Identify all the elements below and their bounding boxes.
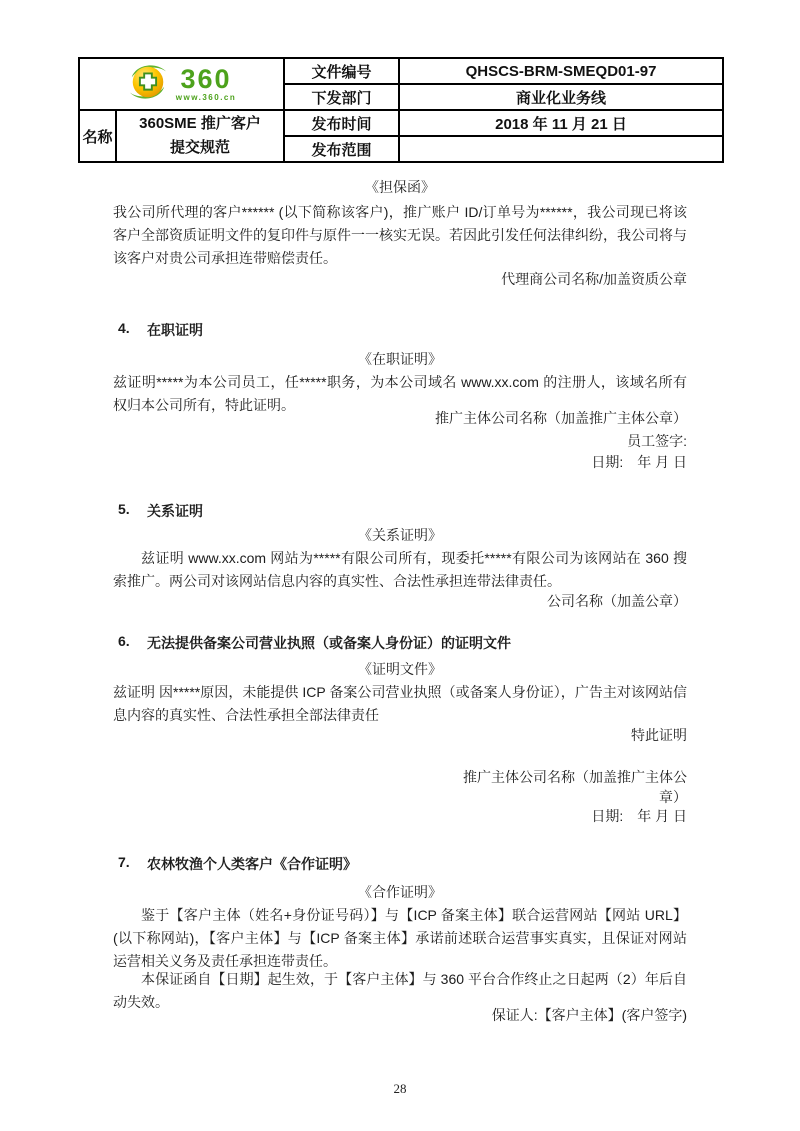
- field-label-issuing-dept: 下发部门: [284, 84, 399, 110]
- section5-heading-text: 关系证明: [147, 501, 203, 521]
- field-label-publish-scope: 发布范围: [284, 136, 399, 162]
- section7-body1: 鉴于【客户主体（姓名+身份证号码）】与【ICP 备案主体】联合运营网站【网站 U…: [113, 904, 687, 973]
- section4-title: 《在职证明》: [113, 348, 687, 371]
- section4-heading-text: 在职证明: [147, 320, 203, 340]
- header-table: 360 www.360.cn 文件编号 QHSCS-BRM-SMEQD01-97…: [78, 57, 724, 163]
- field-value-publish-scope: [399, 136, 723, 162]
- section7-heading-text: 农林牧渔个人类客户《合作证明》: [147, 854, 357, 874]
- field-value-doc-number: QHSCS-BRM-SMEQD01-97: [399, 58, 723, 84]
- guarantee-title: 《担保函》: [113, 176, 687, 199]
- section4-sig-company: 推广主体公司名称（加盖推广主体公章）: [113, 407, 699, 430]
- guarantee-body: 我公司所代理的客户****** (以下简称该客户)，推广账户 ID/订单号为**…: [113, 201, 687, 270]
- section6-heading: 6. 无法提供备案公司营业执照（或备案人身份证）的证明文件: [118, 633, 688, 653]
- section4-number: 4.: [118, 320, 147, 340]
- field-value-issuing-dept: 商业化业务线: [399, 84, 723, 110]
- doc-name-line1: 360SME 推广客户: [119, 112, 281, 136]
- guarantee-signature: 代理商公司名称/加盖资质公章: [113, 268, 687, 291]
- section4-heading: 4. 在职证明: [118, 320, 688, 340]
- section4-sig-date: 日期: 年 月 日: [113, 451, 794, 474]
- document-page: 360 www.360.cn 文件编号 QHSCS-BRM-SMEQD01-97…: [0, 0, 800, 1131]
- section6-title: 《证明文件》: [113, 658, 687, 681]
- doc-name-cell: 360SME 推广客户 提交规范: [116, 110, 284, 162]
- section5-body: 兹证明 www.xx.com 网站为*****有限公司所有，现委托*****有限…: [113, 547, 687, 593]
- name-label-cell: 名称: [79, 110, 116, 162]
- field-value-publish-date: 2018 年 11 月 21 日: [399, 110, 723, 136]
- section5-heading: 5. 关系证明: [118, 501, 688, 521]
- section4-sig-employee: 员工签字:: [113, 430, 800, 453]
- section6-closing: 特此证明: [113, 724, 687, 747]
- field-label-publish-date: 发布时间: [284, 110, 399, 136]
- section7-sig-guarantor: 保证人:【客户主体】(客户签字): [113, 1004, 800, 1027]
- field-label-doc-number: 文件编号: [284, 58, 399, 84]
- 360-ball-icon: [127, 61, 169, 107]
- logo-brand: 360: [180, 66, 231, 93]
- doc-name-line2: 提交规范: [119, 136, 281, 160]
- logo-url: www.360.cn: [176, 94, 237, 102]
- page-number: 28: [0, 1081, 800, 1097]
- logo-text: 360 www.360.cn: [176, 66, 237, 102]
- section5-title: 《关系证明》: [113, 524, 687, 547]
- section6-number: 6.: [118, 633, 147, 653]
- logo-360: 360 www.360.cn: [82, 61, 281, 107]
- section7-title: 《合作证明》: [113, 881, 687, 904]
- section7-heading: 7. 农林牧渔个人类客户《合作证明》: [118, 854, 688, 874]
- section5-number: 5.: [118, 501, 147, 521]
- section5-sig-company: 公司名称（加盖公章）: [113, 590, 687, 613]
- section6-heading-text: 无法提供备案公司营业执照（或备案人身份证）的证明文件: [147, 633, 511, 653]
- section7-number: 7.: [118, 854, 147, 874]
- logo-cell: 360 www.360.cn: [79, 58, 284, 110]
- section6-sig-date: 日期: 年 月 日: [113, 805, 701, 828]
- section6-body: 兹证明 因*****原因，未能提供 ICP 备案公司营业执照（或备案人身份证），…: [113, 681, 687, 727]
